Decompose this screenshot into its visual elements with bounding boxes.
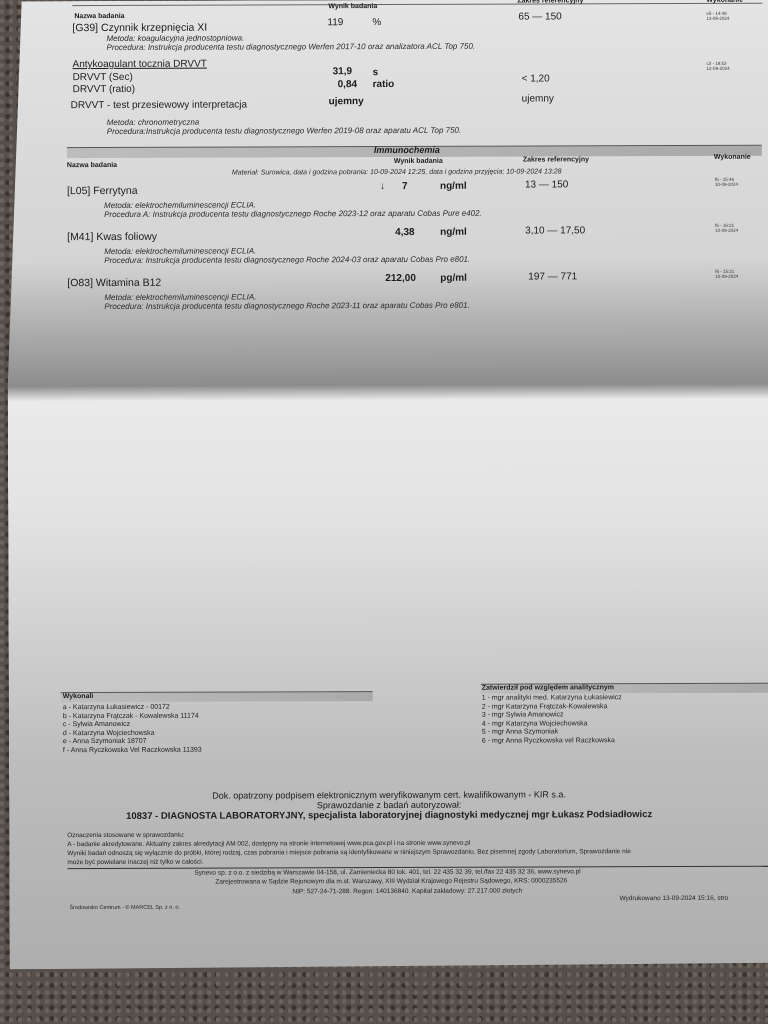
b12-ref: 197 — 771 [528, 271, 577, 282]
drvvt-group-title: Antykoagulant tocznia DRVVT [73, 59, 207, 70]
notes-line-2: Wyniki badań odnoszą się wyłącznie do pr… [67, 848, 631, 857]
company-line-2: Zarejestrowana w Sądzie Rejonowym dla m.… [215, 877, 567, 885]
folate-name: [M41] Kwas foliowy [67, 231, 157, 243]
approver-item: 2 - mgr Katarzyna Frątczak-Kowalewska [482, 703, 622, 712]
immuno-col-done: Wykonanie [714, 154, 751, 161]
b12-value: 212,00 [385, 273, 416, 284]
company-line-3: NIP: 527-24-71-288. Regon: 140136840. Ka… [292, 888, 522, 896]
drvvt-ratio-name: DRVVT (ratio) [73, 84, 135, 95]
drvvt-sec-name: DRVVT (Sec) [73, 72, 133, 83]
drvvt-procedure: Procedura:Instrukcja producenta testu di… [107, 126, 461, 136]
immuno-col-result: Wynik badania [394, 158, 443, 165]
performed-by-title: Wykonali [63, 693, 94, 700]
folate-ref: 3,10 — 17,50 [525, 225, 585, 236]
done-date: 10-09-2024 [715, 274, 738, 279]
performer-item: b - Katarzyna Frątczak - Kowalewska 1117… [63, 712, 202, 721]
performer-item: f - Anna Ryczkowska Vel Raczkowska 11393 [63, 746, 202, 755]
col-header-ref: Zakres referencyjny [517, 0, 583, 5]
folate-done: f6 - 16:21 10-09-2024 [715, 223, 738, 233]
b12-name: [O83] Witamina B12 [67, 277, 161, 289]
drvvt-sec-unit: s [373, 67, 379, 78]
folate-procedure: Procedura: Instrukcja producenta testu d… [104, 255, 470, 265]
approved-by-title: Zatwierdził pod względem analitycznym [482, 684, 614, 691]
immuno-col-ref: Zakres referencyjny [523, 156, 589, 163]
ferritin-low-flag-icon: ↓ [380, 181, 385, 192]
ferritin-ref: 13 — 150 [525, 179, 568, 190]
done-date: 10-09-2024 [715, 228, 738, 233]
test-procedure: Procedura: Instrukcja producenta testu d… [106, 42, 475, 52]
drvvt-ratio-ref: < 1,20 [522, 73, 550, 84]
col-header-name: Nazwa badania [74, 13, 124, 20]
b12-procedure: Procedura: Instrukcja producenta testu d… [104, 301, 469, 311]
notes-line-3: może być powielane inaczej niż tylko w c… [67, 859, 203, 866]
test-method: Metoda: koagulacyjna jednostopniowa. [106, 34, 244, 43]
ferritin-done: f6 - 15:46 10-09-2024 [715, 177, 738, 187]
approver-item: 6 - mgr Anna Ryczkowska vel Raczkowska [482, 737, 622, 746]
test-value: 119 [327, 17, 343, 28]
ferritin-unit: ng/ml [440, 181, 467, 192]
drvvt-ratio-unit: ratio [373, 79, 395, 90]
folate-value: 4,38 [395, 227, 415, 238]
approver-item: 1 - mgr analityki med. Katarzyna Łukasie… [482, 694, 622, 703]
b12-unit: pg/ml [440, 273, 467, 284]
drvvt-ratio-value: 0,84 [338, 79, 358, 90]
ferritin-name: [L05] Ferrytyna [67, 185, 138, 197]
ferritin-procedure: Procedura A: Instrukcja producenta testu… [104, 209, 482, 219]
test-ref-range: 65 — 150 [518, 11, 561, 22]
test-name: [G39] Czynnik krzepnięcia XI [72, 22, 207, 34]
ferritin-value: 7 [402, 181, 408, 192]
notes-line-1: A - badanie akredytowane. Aktualny zakre… [67, 840, 470, 848]
folate-unit: ng/ml [440, 227, 467, 238]
lab-report-page: Nazwa badania Wynik badania Zakres refer… [6, 0, 768, 969]
drvvt-sec-value: 31,9 [333, 66, 353, 77]
approved-by-list: 1 - mgr analityki med. Katarzyna Łukasie… [482, 694, 622, 745]
signature-line-3: 10837 - DIAGNOSTA LABORATORYJNY, specjal… [9, 809, 768, 823]
b12-done: f6 - 15:21 10-09-2024 [715, 269, 738, 279]
immuno-section-title: Immunochemia [374, 145, 440, 155]
test-done: e5 - 14:49 13-09-2024 [706, 11, 729, 21]
drvvt-interp-ref: ujemny [522, 93, 554, 104]
done-date: 12-09-2024 [707, 66, 730, 71]
software-credit: Środowisko Centrum - © MARCEL Sp. z o. o… [69, 905, 180, 911]
drvvt-interp-value: ujemny [329, 96, 364, 107]
drvvt-interp-name: DRVVT - test przesiewowy interpretacja [71, 100, 247, 112]
performed-by-list: a - Katarzyna Łukasiewicz - 00172 b - Ka… [63, 704, 202, 755]
drvvt-method: Metoda: chronometryczna [107, 118, 200, 127]
drvvt-done: c3 - 19:53 12-09-2024 [707, 61, 730, 71]
notes-title: Oznaczenia stosowane w sprawozdaniu: [67, 832, 184, 839]
col-header-done: Wykonanie [706, 0, 743, 4]
immuno-col-name: Nazwa badania [67, 162, 117, 169]
col-header-result: Wynik badania [328, 3, 377, 10]
immuno-material: Materiał: Surowica, data i godzina pobra… [232, 168, 562, 176]
company-line-1: Synevo sp. z o.o. z siedzibą w Warszawie… [194, 868, 580, 876]
performed-by-bar [61, 691, 373, 702]
test-unit: % [372, 17, 381, 28]
done-date: 10-09-2024 [715, 182, 738, 187]
done-date: 13-09-2024 [706, 16, 729, 21]
top-rule [72, 3, 762, 6]
printed-timestamp: Wydrukowano 13-09-2024 15:16, stro [619, 895, 728, 902]
